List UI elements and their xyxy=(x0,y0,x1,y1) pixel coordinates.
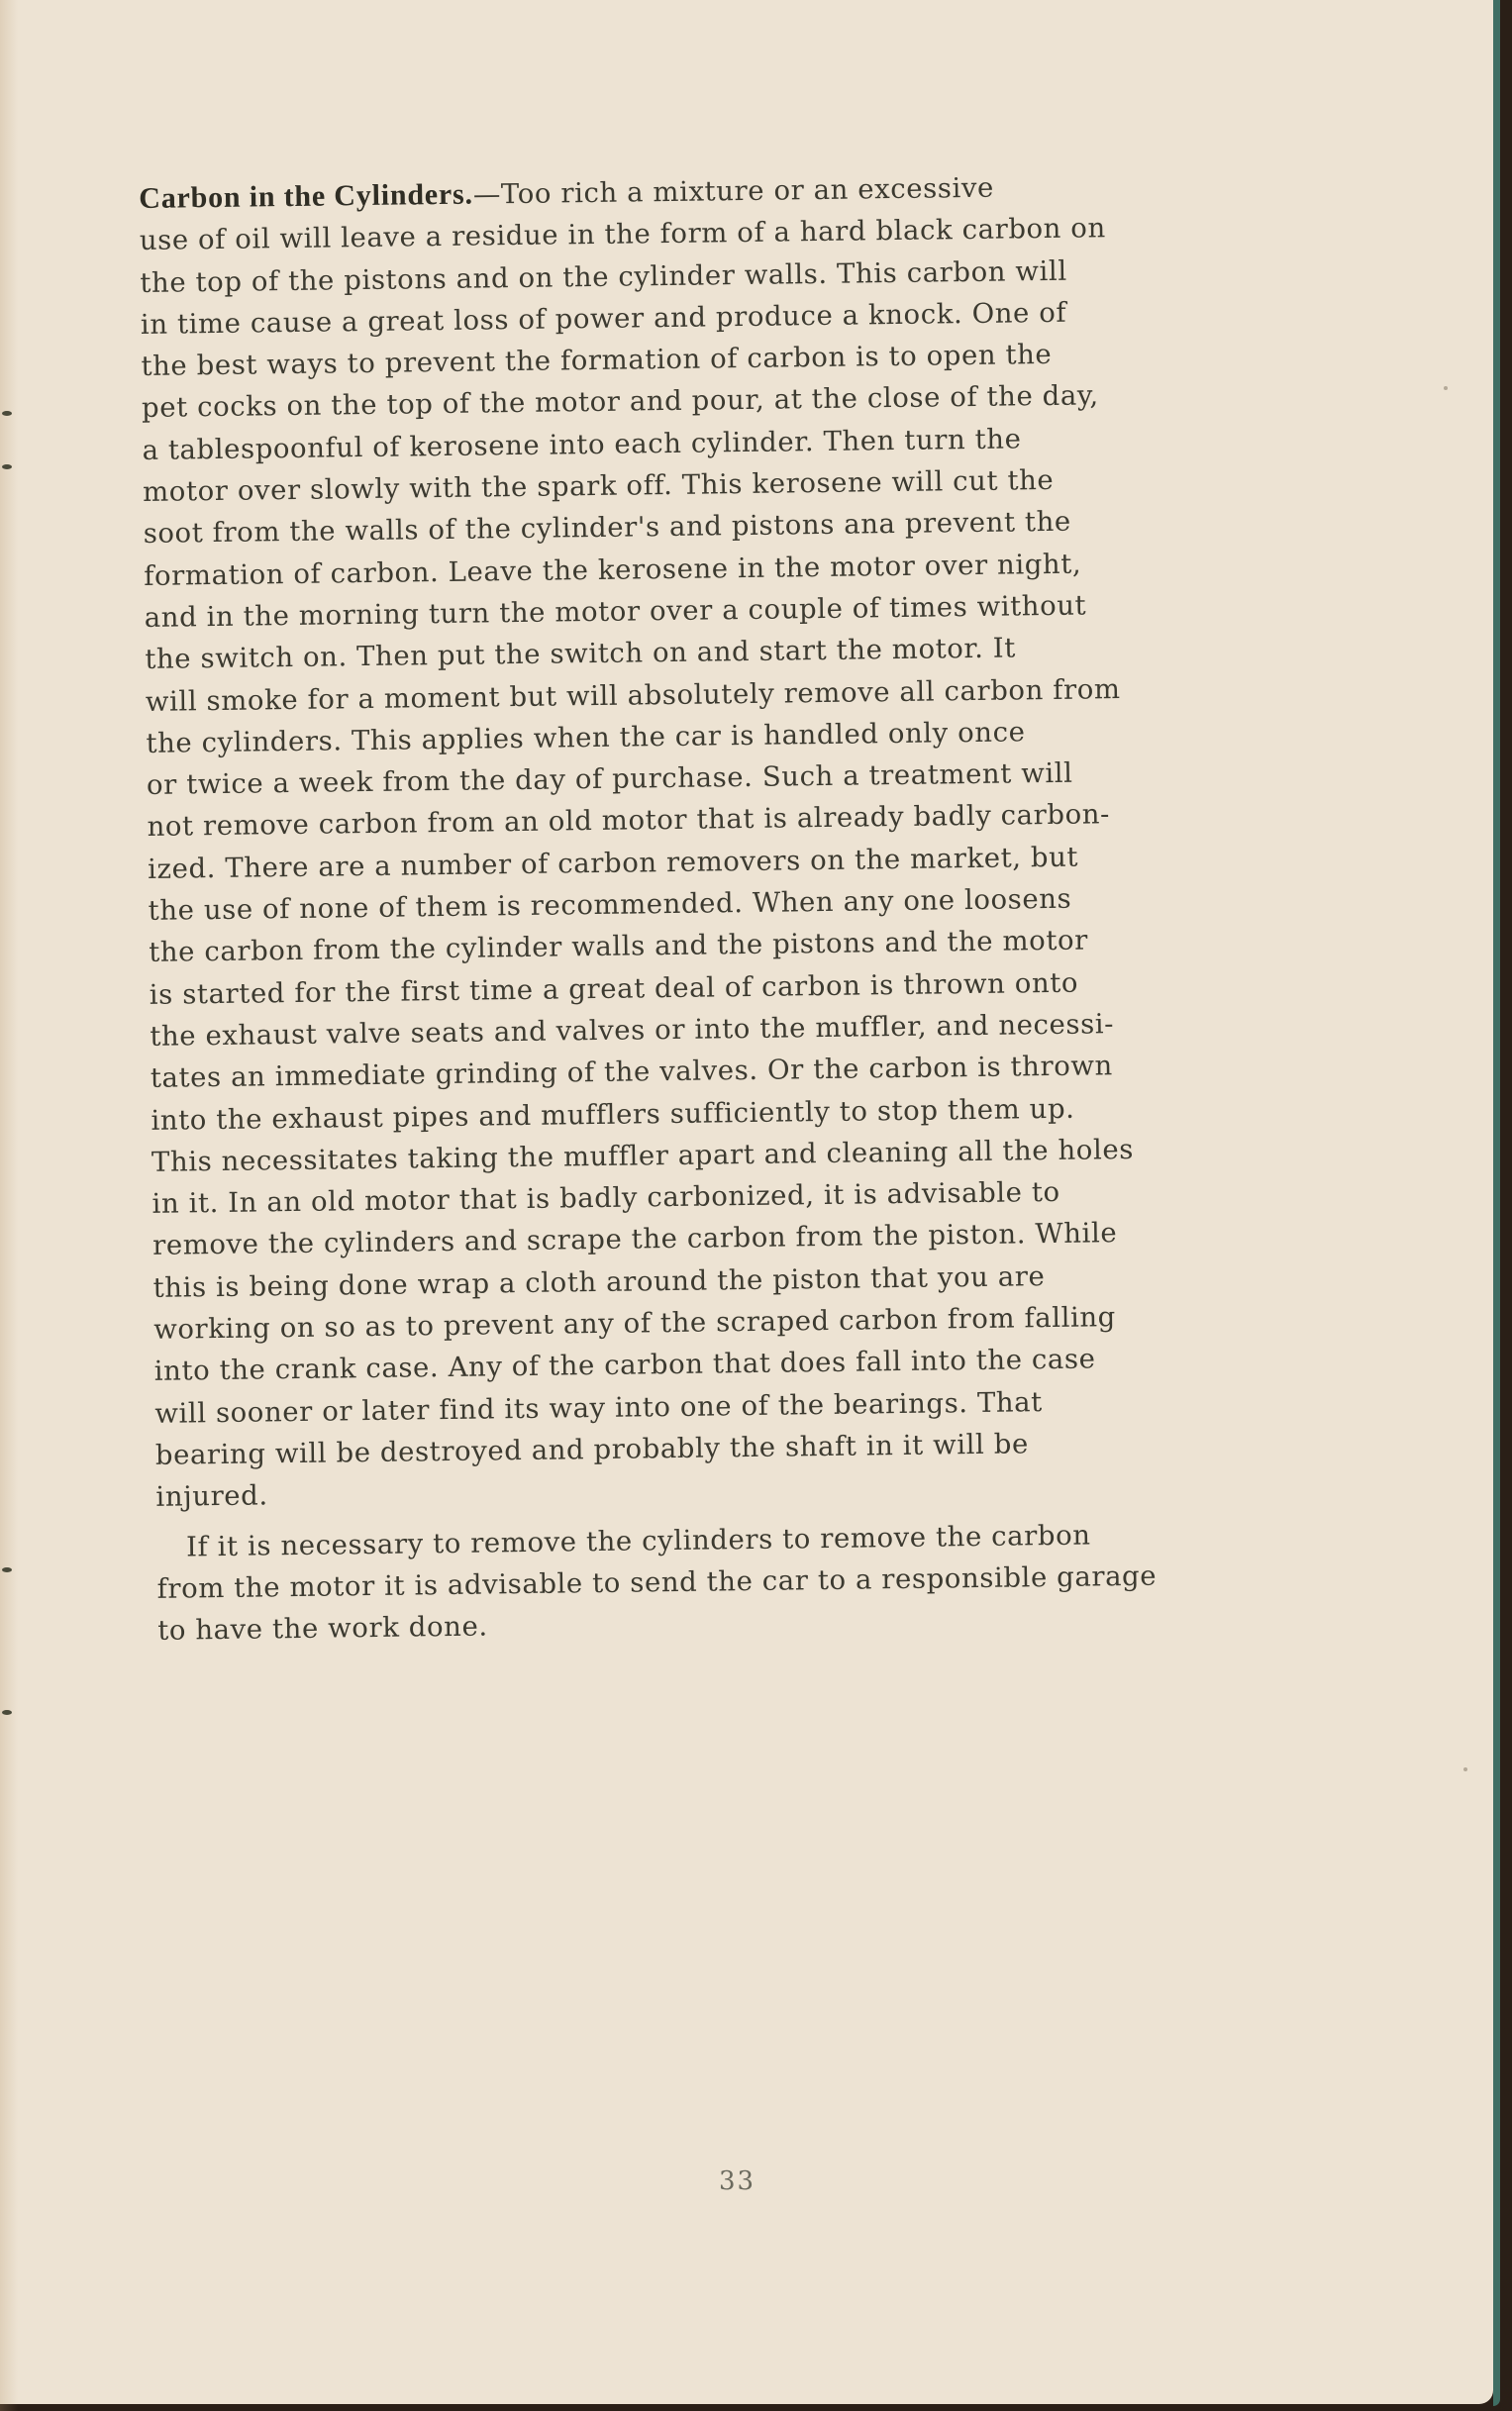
margin-mark xyxy=(2,411,12,416)
paragraph-garage-advice: If it is necessary to remove the cylinde… xyxy=(156,1511,1339,1652)
paper-speck xyxy=(1444,386,1448,390)
margin-mark xyxy=(2,464,12,469)
paper-speck xyxy=(1463,1767,1467,1771)
margin-mark xyxy=(2,1567,12,1572)
section-heading: Carbon in the Cylinders. xyxy=(139,178,473,215)
book-page: Carbon in the Cylinders.—Too rich a mixt… xyxy=(0,0,1493,2404)
gutter-shadow xyxy=(0,0,18,2411)
body-text: Carbon in the Cylinders.—Too rich a mixt… xyxy=(139,162,1338,1652)
page-number: 33 xyxy=(719,2166,756,2196)
margin-mark xyxy=(2,1710,12,1715)
book-cover-edge xyxy=(1493,0,1500,2406)
line-text: —Too rich a mixture or an excessive xyxy=(473,172,994,211)
paragraph-carbon-in-cylinders: Carbon in the Cylinders.—Too rich a mixt… xyxy=(139,162,1337,1518)
